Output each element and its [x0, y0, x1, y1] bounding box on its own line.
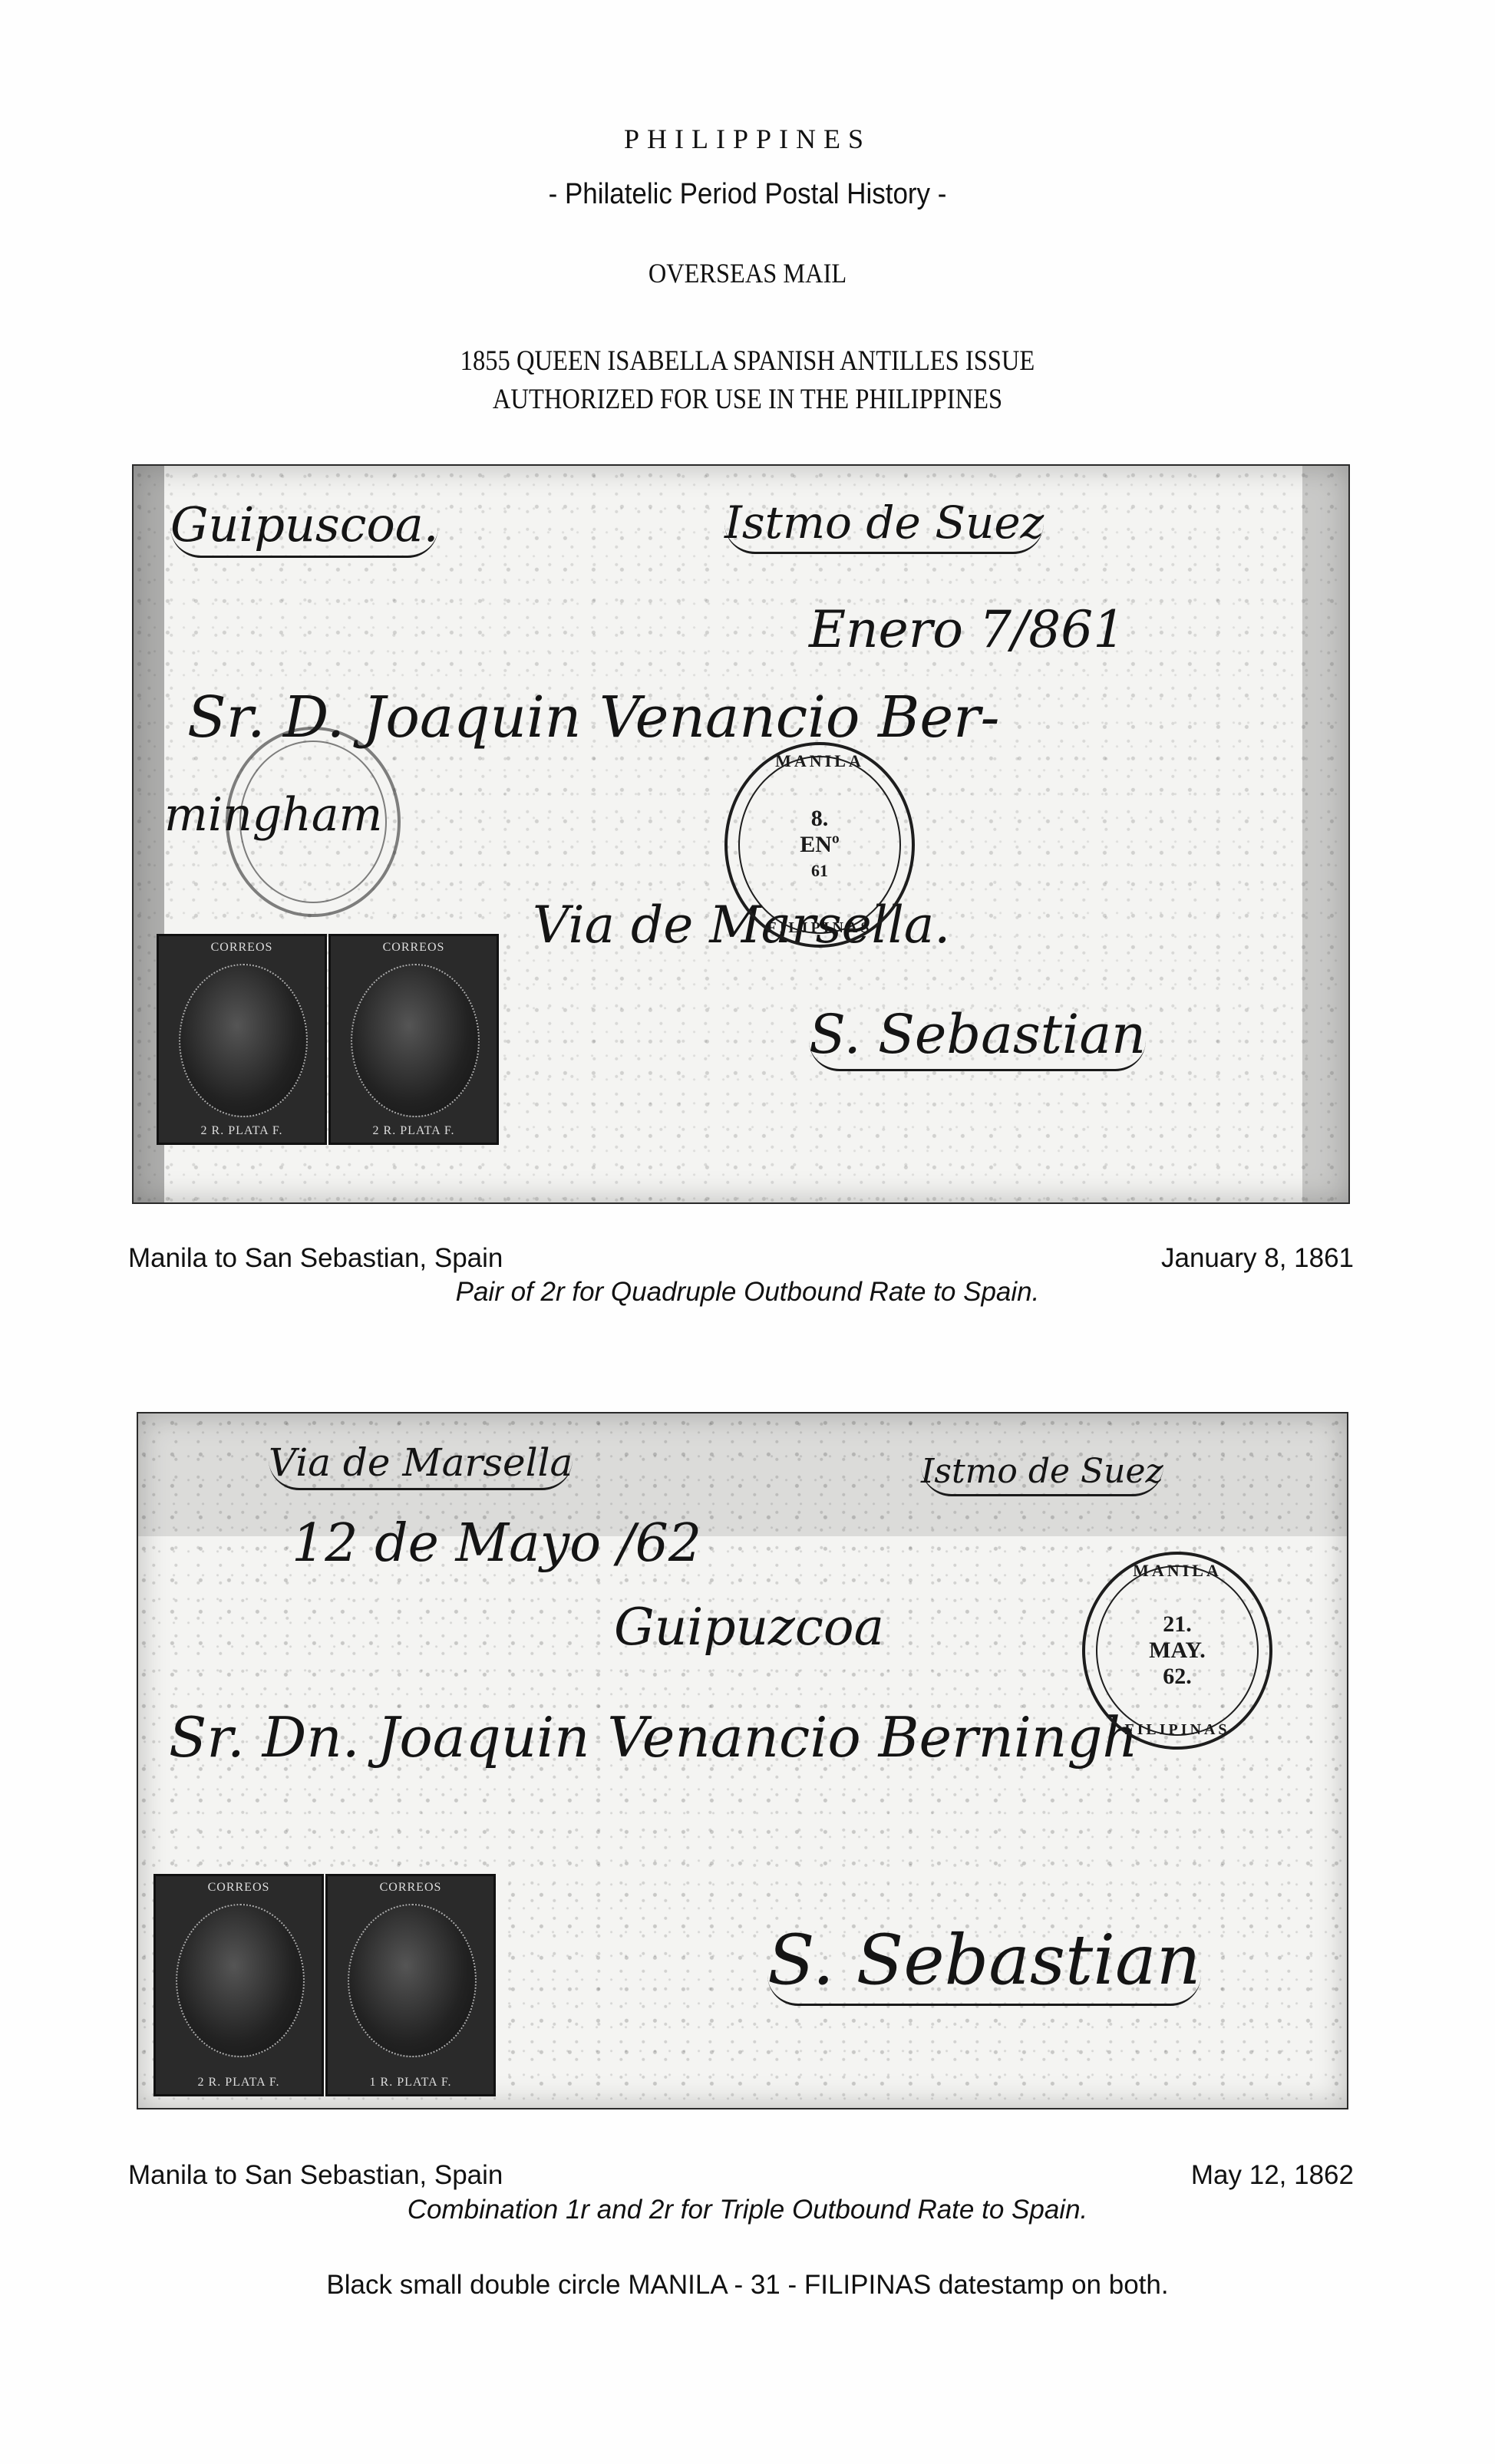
cover-edge-shadow [1302, 466, 1348, 1202]
postmark-ring-top: MANILA [1133, 1561, 1222, 1581]
postmark-ring-bottom: FILIPINAS [767, 919, 872, 937]
queen-portrait [179, 964, 308, 1117]
stamp-combination: CORREOS 2 R. PLATA F. CORREOS 1 R. PLATA… [153, 1874, 496, 2096]
handwritten-route: Istmo de Suez [921, 1452, 1163, 1496]
stamp-value-legend: 1 R. PLATA F. [328, 2076, 493, 2090]
handwritten-province: Guipuzcoa [614, 1598, 884, 1657]
cover-image-1862: Via de Marsella Istmo de Suez 12 de Mayo… [137, 1412, 1348, 2109]
postmark-day: 8. [811, 806, 829, 832]
postmark-ring-bottom: FILIPINAS [1124, 1721, 1229, 1739]
postmark-month: MAY. [1149, 1638, 1206, 1664]
stamp-pair: CORREOS 2 R. PLATA F. CORREOS 2 R. PLATA… [157, 934, 499, 1145]
issue-heading: 1855 QUEEN ISABELLA SPANISH ANTILLES ISS… [90, 342, 1405, 419]
cover-2-description: Combination 1r and 2r for Triple Outboun… [0, 2195, 1495, 2225]
page-subtitle: - Philatelic Period Postal History - [60, 178, 1435, 211]
handwritten-route: Istmo de Suez [724, 496, 1044, 554]
cover-1-date: January 8, 1861 [1161, 1243, 1354, 1274]
postmark-year: 62. [1163, 1664, 1192, 1690]
postmark-faint [226, 727, 401, 917]
cover-2-date: May 12, 1862 [1191, 2160, 1354, 2191]
postmark-manila: MANILA 8. ENº 61 FILIPINAS [724, 742, 915, 948]
postmark-year: 61 [811, 858, 828, 884]
stamp-2r-isabella: CORREOS 2 R. PLATA F. [153, 1874, 324, 2096]
cover-1-description: Pair of 2r for Quadruple Outbound Rate t… [0, 1277, 1495, 1308]
issue-heading-line-2: AUTHORIZED FOR USE IN THE PHILIPPINES [90, 381, 1405, 419]
stamp-top-legend: CORREOS [328, 1881, 493, 1895]
page-country-title: PHILIPPINES [0, 123, 1495, 155]
issue-heading-line-1: 1855 QUEEN ISABELLA SPANISH ANTILLES ISS… [90, 342, 1405, 381]
cover-1-route: Manila to San Sebastian, Spain [128, 1243, 503, 1274]
handwritten-province: Guipuscoa. [170, 496, 438, 558]
section-title: OVERSEAS MAIL [74, 257, 1420, 289]
exhibit-page: PHILIPPINES - Philatelic Period Postal H… [0, 0, 1495, 2464]
stamp-2r-isabella: CORREOS 2 R. PLATA F. [157, 934, 327, 1145]
cover-image-1861: Guipuscoa. Istmo de Suez Enero 7/861 Sr.… [132, 464, 1350, 1204]
postmark-day: 21. [1163, 1611, 1192, 1638]
stamp-top-legend: CORREOS [159, 941, 325, 955]
handwritten-via: Via de Marsella [269, 1440, 573, 1490]
queen-portrait [348, 1904, 477, 2057]
stamp-value-legend: 2 R. PLATA F. [159, 1124, 325, 1138]
cover-2-route: Manila to San Sebastian, Spain [128, 2160, 503, 2191]
handwritten-addressee: Sr. Dn. Joaquin Venancio Berningh [169, 1705, 1138, 1770]
handwritten-city: S. Sebastian [809, 1003, 1146, 1071]
stamp-1r-isabella: CORREOS 1 R. PLATA F. [325, 1874, 496, 2096]
postmark-ring-top: MANILA [775, 751, 864, 771]
postmark-month: ENº [800, 832, 840, 858]
handwritten-city: S. Sebastian [767, 1920, 1201, 2006]
stamp-2r-isabella: CORREOS 2 R. PLATA F. [328, 934, 499, 1145]
stamp-value-legend: 2 R. PLATA F. [156, 2076, 322, 2090]
datestamp-footnote: Black small double circle MANILA - 31 - … [0, 2270, 1495, 2301]
postmark-manila: MANILA 21. MAY. 62. FILIPINAS [1082, 1552, 1272, 1750]
handwritten-date: 12 de Mayo /62 [292, 1513, 701, 1574]
stamp-top-legend: CORREOS [331, 941, 497, 955]
stamp-top-legend: CORREOS [156, 1881, 322, 1895]
handwritten-date: Enero 7/861 [809, 600, 1125, 659]
queen-portrait [176, 1904, 305, 2057]
queen-portrait [351, 964, 480, 1117]
stamp-value-legend: 2 R. PLATA F. [331, 1124, 497, 1138]
